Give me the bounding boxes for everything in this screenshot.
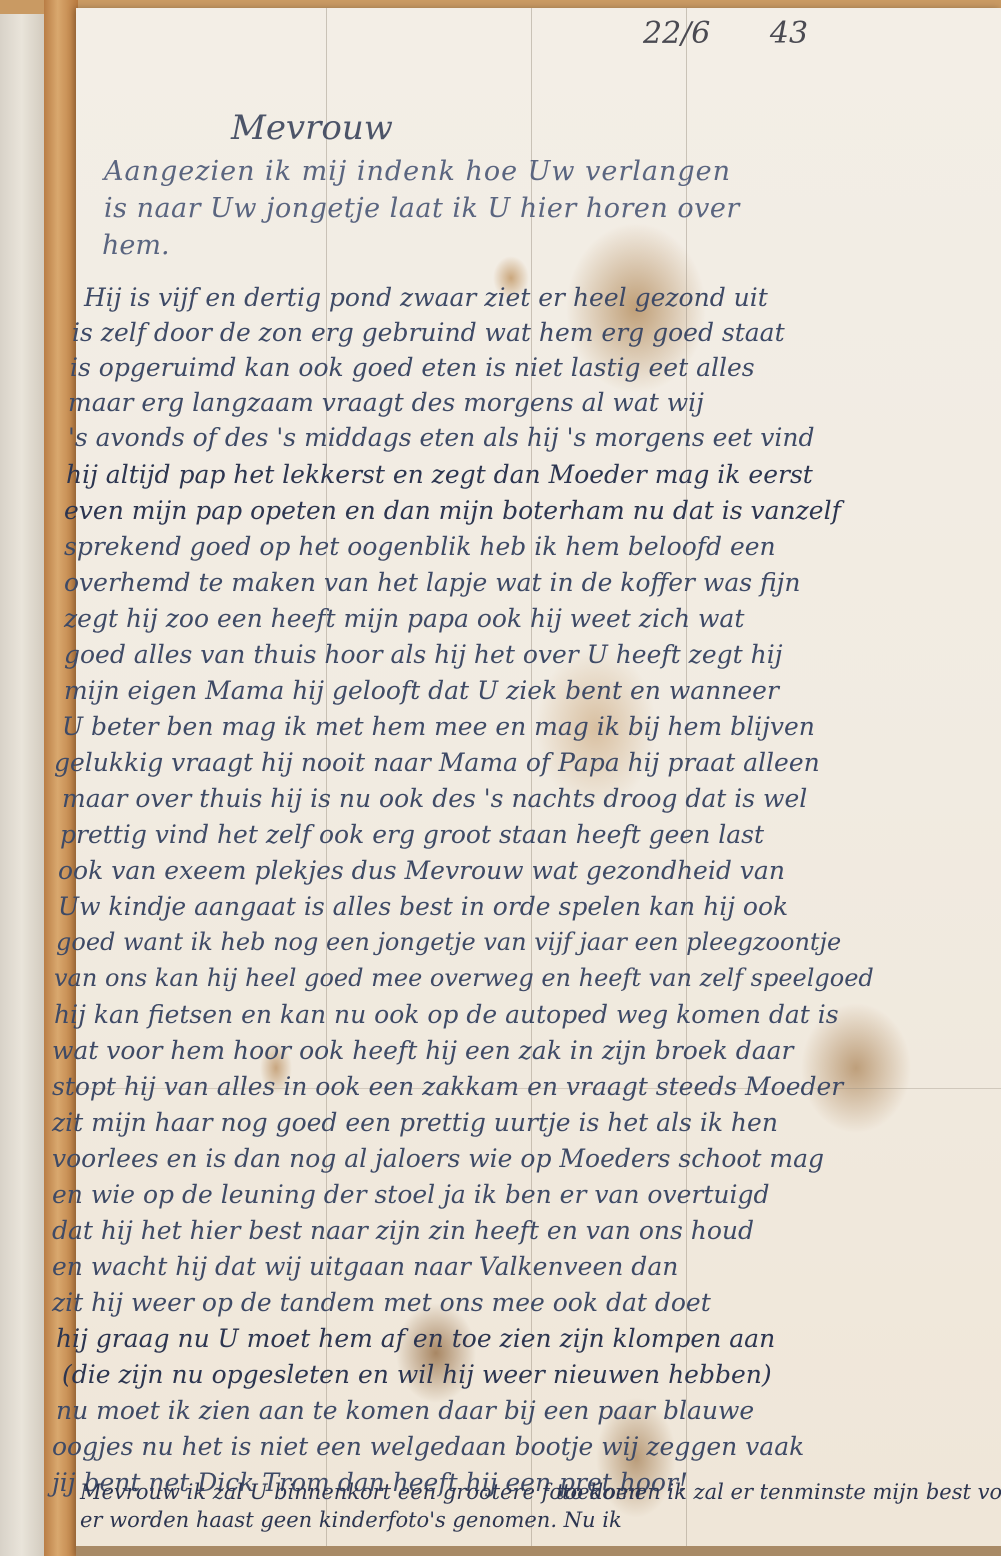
letter-line: Aangezien ik mij indenk hoe Uw verlangen (104, 156, 731, 187)
letter-line: Hij is vijf en dertig pond zwaar ziet er… (84, 283, 768, 312)
letter-line: 's avonds of des 's middags eten als hij… (68, 423, 814, 452)
letter-line: gelukkig vraagt hij nooit naar Mama of P… (54, 748, 820, 777)
letter-line: voorlees en is dan nog al jaloers wie op… (52, 1144, 824, 1173)
letter-line: zit hij weer op de tandem met ons mee oo… (52, 1288, 711, 1317)
letter-line: Uw kindje aangaat is alles best in orde … (58, 892, 788, 921)
letter-line: nu moet ik zien aan te komen daar bij ee… (56, 1396, 754, 1425)
salutation: Mevrouw (231, 108, 393, 148)
letter-line: sprekend goed op het oogenblik heb ik he… (64, 532, 776, 561)
letter-line: zegt hij zoo een heeft mijn papa ook hij… (64, 604, 744, 633)
letter-closing: Mevrouw ik zal U binnenkort een grootere… (76, 1480, 1001, 1546)
letter-line: dat hij het hier best naar zijn zin heef… (52, 1216, 754, 1245)
letter-line: zit mijn haar nog goed een prettig uurtj… (52, 1108, 778, 1137)
letter-line: er worden haast geen kinderfoto's genome… (80, 1508, 622, 1532)
page-bottom-edge (76, 1546, 1001, 1556)
book-binding-cloth (0, 14, 49, 1556)
letter-line: overhemd te maken van het lapje wat in d… (64, 568, 801, 597)
date-year: 43 (770, 16, 808, 51)
letter-line: maar over thuis hij is nu ook des 's nac… (62, 784, 807, 813)
letter-line: (die zijn nu opgesleten en wil hij weer … (62, 1360, 772, 1389)
wood-background (44, 0, 78, 1556)
letter-line: hij altijd pap het lekkerst en zegt dan … (66, 460, 813, 489)
letter-line: hem. (102, 230, 170, 261)
letter-line: goed want ik heb nog een jongetje van vi… (56, 928, 841, 956)
letter-line: prettig vind het zelf ook erg groot staa… (60, 820, 764, 849)
letter-line: en wacht hij dat wij uitgaan naar Valken… (52, 1252, 678, 1281)
letter-line: wat voor hem hoor ook heeft hij een zak … (52, 1036, 793, 1065)
letter-line: U beter ben mag ik met hem mee en mag ik… (62, 712, 815, 741)
letter-line: stopt hij van alles in ook een zakkam en… (52, 1072, 843, 1101)
letter-date: 22/6 43 (643, 16, 808, 51)
letter-line: van ons kan hij heel goed mee overweg en… (54, 964, 874, 992)
date-day-month: 22/6 (643, 16, 710, 51)
letter-line: is opgeruimd kan ook goed eten is niet l… (70, 353, 755, 382)
letter-line: ook van exeem plekjes dus Mevrouw wat ge… (58, 856, 785, 885)
letter-page: 22/6 43 Mevrouw Aangezien ik mij indenk … (76, 8, 1001, 1556)
letter-line: toekomen ik zal er tenminste mijn best v… (556, 1480, 1001, 1504)
letter-line: goed alles van thuis hoor als hij het ov… (64, 640, 782, 669)
letter-line: oogjes nu het is niet een welgedaan boot… (52, 1432, 804, 1461)
letter-line: is naar Uw jongetje laat ik U hier horen… (104, 193, 740, 224)
letter-line: hij graag nu U moet hem af en toe zien z… (56, 1324, 775, 1353)
letter-line: maar erg langzaam vraagt des morgens al … (68, 388, 704, 417)
letter-line: en wie op de leuning der stoel ja ik ben… (52, 1180, 770, 1209)
letter-line: is zelf door de zon erg gebruind wat hem… (72, 318, 785, 347)
letter-line: even mijn pap opeten en dan mijn boterha… (64, 496, 841, 525)
letter-line: mijn eigen Mama hij gelooft dat U ziek b… (64, 676, 779, 705)
letter-line: hij kan fietsen en kan nu ook op de auto… (54, 1000, 839, 1029)
